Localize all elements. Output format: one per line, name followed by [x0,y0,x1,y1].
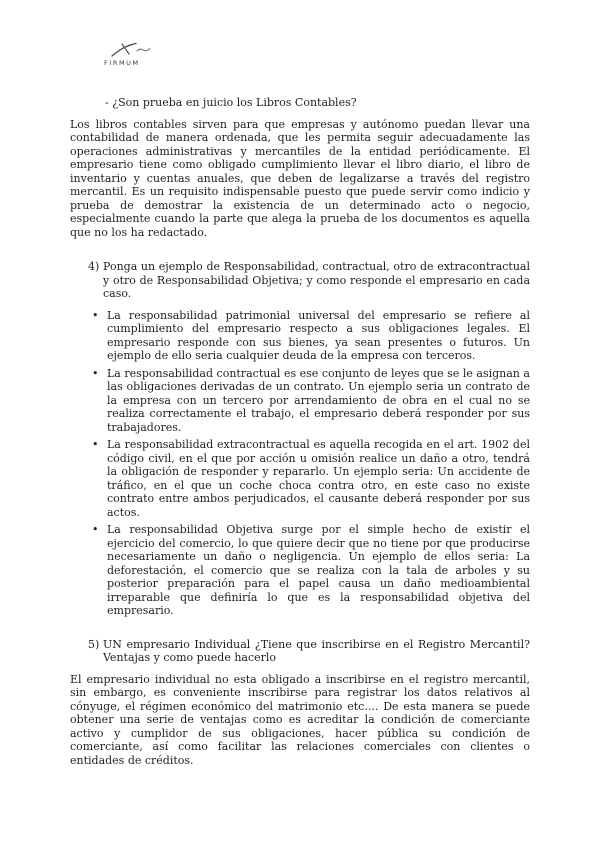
bullet-text-contractual: La responsabilidad contractual es ese co… [107,367,530,435]
signature-flourish-icon [110,42,154,58]
question-4-number: 4) [88,260,103,301]
list-item: • La responsabilidad extracontractual es… [70,438,530,519]
section-question-heading: - ¿Son prueba en juicio los Libros Conta… [105,96,530,110]
document-page: FIRMUM - ¿Son prueba en juicio los Libro… [0,0,599,848]
bullet-marker: • [92,367,107,435]
document-content: - ¿Son prueba en juicio los Libros Conta… [70,96,530,767]
question-5: 5) UN empresario Individual ¿Tiene que i… [70,638,530,665]
question-4-text: Ponga un ejemplo de Responsabilidad, con… [103,260,530,301]
bullet-marker: • [92,309,107,363]
closing-paragraph: El empresario individual no esta obligad… [70,673,530,768]
bullet-text-objetiva: La responsabilidad Objetiva surge por el… [107,523,530,618]
question-4: 4) Ponga un ejemplo de Responsabilidad, … [70,260,530,301]
bullet-text-extracontractual: La responsabilidad extracontractual es a… [107,438,530,519]
bullet-text-patrimonial: La responsabilidad patrimonial universal… [107,309,530,363]
question-5-text: UN empresario Individual ¿Tiene que insc… [103,638,530,665]
question-5-number: 5) [88,638,103,665]
list-item: • La responsabilidad contractual es ese … [70,367,530,435]
intro-paragraph: Los libros contables sirven para que emp… [70,118,530,240]
list-item: • La responsabilidad Objetiva surge por … [70,523,530,618]
list-item: • La responsabilidad patrimonial univers… [70,309,530,363]
firmum-logo: FIRMUM [104,42,164,67]
bullet-marker: • [92,523,107,618]
responsibility-bullet-list: • La responsabilidad patrimonial univers… [70,309,530,618]
logo-brand-text: FIRMUM [104,59,164,67]
bullet-marker: • [92,438,107,519]
